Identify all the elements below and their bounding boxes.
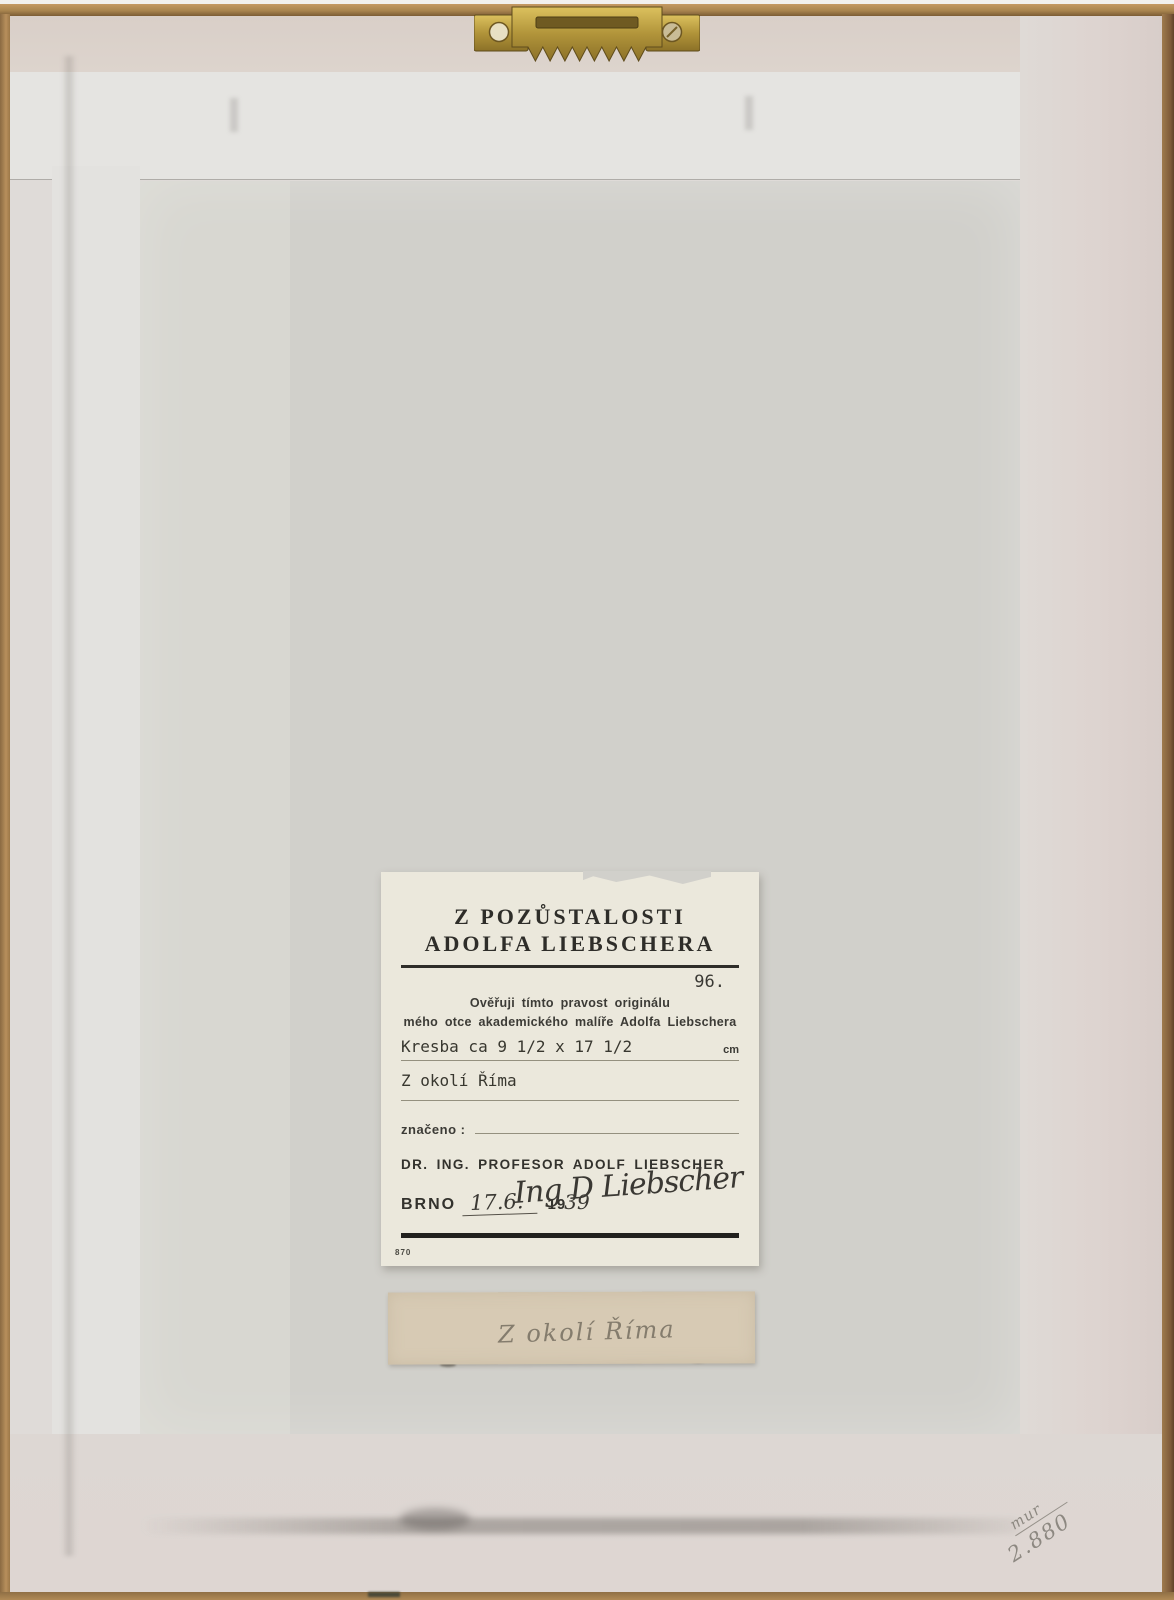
framed-artwork-verso: Z POZŮSTALOSTI ADOLFA LIEBSCHERA 96. Ově… [0, 0, 1174, 1600]
label-rule [401, 965, 739, 968]
marked-blank-line [475, 1119, 739, 1134]
backing-tape-band [10, 72, 1162, 180]
label-bottom-rule [401, 1233, 739, 1238]
title-strip-handwriting: Z okolí Říma [498, 1315, 676, 1348]
bottom-smudge-blob [400, 1508, 470, 1530]
certification-line2: mého otce akademického malíře Adolfa Lie… [381, 1015, 759, 1029]
medium-size-typed: Kresba ca 9 1/2 x 17 1/2 [401, 1037, 632, 1056]
place-label: BRNO [401, 1196, 456, 1214]
sawtooth-hanger [474, 6, 700, 64]
backing-crease [62, 56, 76, 1556]
label-torn-edge [583, 871, 711, 884]
sawtooth-hanger-graphic [474, 6, 700, 64]
marked-row: značeno : [401, 1119, 739, 1137]
backing-right-band [1020, 16, 1162, 1592]
label-title-line2: ADOLFA LIEBSCHERA [397, 931, 743, 958]
label-print-code: 870 [395, 1248, 411, 1257]
hanger-slot [536, 17, 638, 28]
backing-bottom-band [10, 1434, 1162, 1592]
wood-frame-right [1162, 14, 1174, 1600]
hanger-sawtooth-plate [512, 7, 662, 61]
wood-frame-bottom [0, 1592, 1174, 1600]
place-date-row: BRNO 17.6. 19 39 Ing D Liebscher [401, 1190, 739, 1226]
screw-left [490, 23, 509, 42]
backing-stain [745, 96, 753, 130]
work-title-row: Z okolí Říma [401, 1063, 739, 1101]
panel-highlight [140, 181, 290, 1434]
bottom-smudge [140, 1518, 1020, 1534]
label-title: Z POZŮSTALOSTI ADOLFA LIEBSCHERA [397, 904, 743, 958]
unit-label: cm [723, 1044, 739, 1056]
medium-size-row: Kresba ca 9 1/2 x 17 1/2 cm [401, 1037, 739, 1061]
title-strip: Z okolí Říma [388, 1291, 755, 1364]
backing-stain [230, 98, 238, 132]
label-number: 96. [381, 972, 725, 992]
bottom-edge-mark [368, 1592, 400, 1597]
work-title-typed: Z okolí Říma [401, 1071, 517, 1090]
marked-label: značeno : [401, 1122, 465, 1137]
estate-label: Z POZŮSTALOSTI ADOLFA LIEBSCHERA 96. Ově… [381, 872, 759, 1266]
label-title-line1: Z POZŮSTALOSTI [454, 904, 686, 929]
wood-frame-left [0, 14, 10, 1600]
backing-seam [10, 179, 1162, 180]
certification-line1: Ověřuji tímto pravost originálu [381, 996, 759, 1010]
